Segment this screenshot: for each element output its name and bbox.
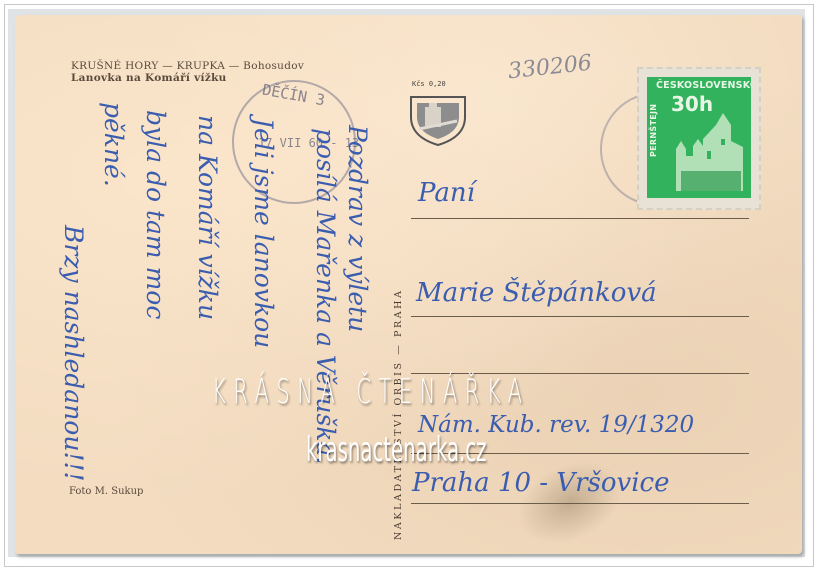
- address-city: Praha 10 - Vršovice: [412, 468, 670, 498]
- message-line-4: na Komáří vížku: [193, 115, 222, 320]
- message-line-5: byla do tam moc: [141, 110, 170, 319]
- address-name: Marie Štěpánková: [416, 278, 657, 308]
- stamp-country: ČESKOSLOVENSKO: [656, 80, 751, 91]
- stamp-face: ČESKOSLOVENSKO 30h PERNŠTEJN: [647, 77, 751, 198]
- printed-caption: KRUŠNÉ HORY — KRUPKA — Bohosudov Lanovka…: [71, 60, 304, 84]
- message-line-2: posílá Mařenka a Věruška.: [311, 128, 340, 464]
- photo-credit: Foto M. Sukup: [69, 486, 143, 497]
- message-line-7: Brzy nashledanou!!!: [59, 225, 88, 482]
- fee-stamp-price: Kčs 0,20: [412, 80, 446, 88]
- message-line-3: Jeli jsme lanovkou: [249, 118, 278, 348]
- stamp-castle-name: PERNŠTEJN: [649, 104, 658, 157]
- caption-line-1: KRUŠNÉ HORY — KRUPKA — Bohosudov: [71, 60, 304, 72]
- address-salutation: Paní: [418, 178, 475, 208]
- castle-icon: [671, 111, 746, 191]
- watermark-url: krasnactenarka.cz: [306, 430, 486, 470]
- address-line-5: [411, 503, 749, 504]
- message-line-1: Pozdrav z výletu: [343, 125, 372, 332]
- address-line-1: [411, 218, 749, 219]
- message-line-6: pěkné.: [99, 102, 128, 187]
- address-line-2: [411, 316, 749, 317]
- watermark-title: KRÁSNÁ ČTENÁŘKA: [212, 372, 530, 412]
- postage-stamp: ČESKOSLOVENSKO 30h PERNŠTEJN: [637, 67, 761, 210]
- tourism-fee-stamp-icon: [403, 85, 473, 147]
- publisher-imprint: NAKLADATELSTVÍ ORBIS — PRAHA: [393, 288, 404, 540]
